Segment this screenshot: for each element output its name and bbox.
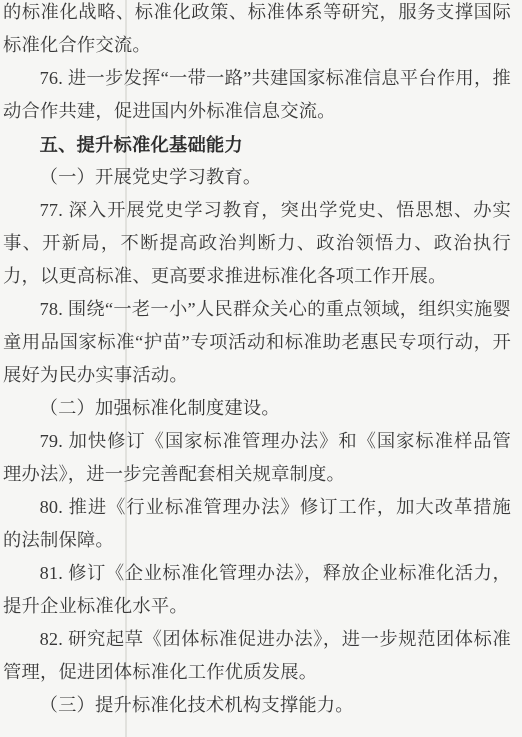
- section-heading-5: 五、提升标准化基础能力: [3, 128, 511, 161]
- paragraph-77: 77. 深入开展党史学习教育，突出学党史、悟思想、办实事、开新局，不断提高政治判…: [3, 194, 511, 293]
- paragraph-76: 76. 进一步发挥“一带一路”共建国家标准信息平台作用，推动合作共建，促进国内外…: [3, 62, 511, 128]
- paragraph-78: 78. 围绕“一老一小”人民群众关心的重点领域，组织实施婴童用品国家标准“护苗”…: [3, 293, 511, 392]
- document-page: 的标准化战略、标准化政策、标准体系等研究，服务支撑国际标准化合作交流。 76. …: [0, 0, 522, 737]
- subsection-heading-3: （三）提升标准化技术机构支撑能力。: [3, 689, 511, 722]
- paragraph-80: 80. 推进《行业标准管理办法》修订工作，加大改革措施的法制保障。: [3, 491, 511, 557]
- paragraph-79: 79. 加快修订《国家标准管理办法》和《国家标准样品管理办法》，进一步完善配套相…: [3, 425, 511, 491]
- subsection-heading-1: （一）开展党史学习教育。: [3, 161, 511, 194]
- paragraph-82: 82. 研究起草《团体标准促进办法》，进一步规范团体标准管理，促进团体标准化工作…: [3, 623, 511, 689]
- subsection-heading-2: （二）加强标准化制度建设。: [3, 392, 511, 425]
- document-content: 的标准化战略、标准化政策、标准体系等研究，服务支撑国际标准化合作交流。 76. …: [3, 0, 511, 722]
- paragraph-81: 81. 修订《企业标准化管理办法》，释放企业标准化活力，提升企业标准化水平。: [3, 557, 511, 623]
- paragraph-continued-from-previous-page: 的标准化战略、标准化政策、标准体系等研究，服务支撑国际标准化合作交流。: [3, 0, 511, 62]
